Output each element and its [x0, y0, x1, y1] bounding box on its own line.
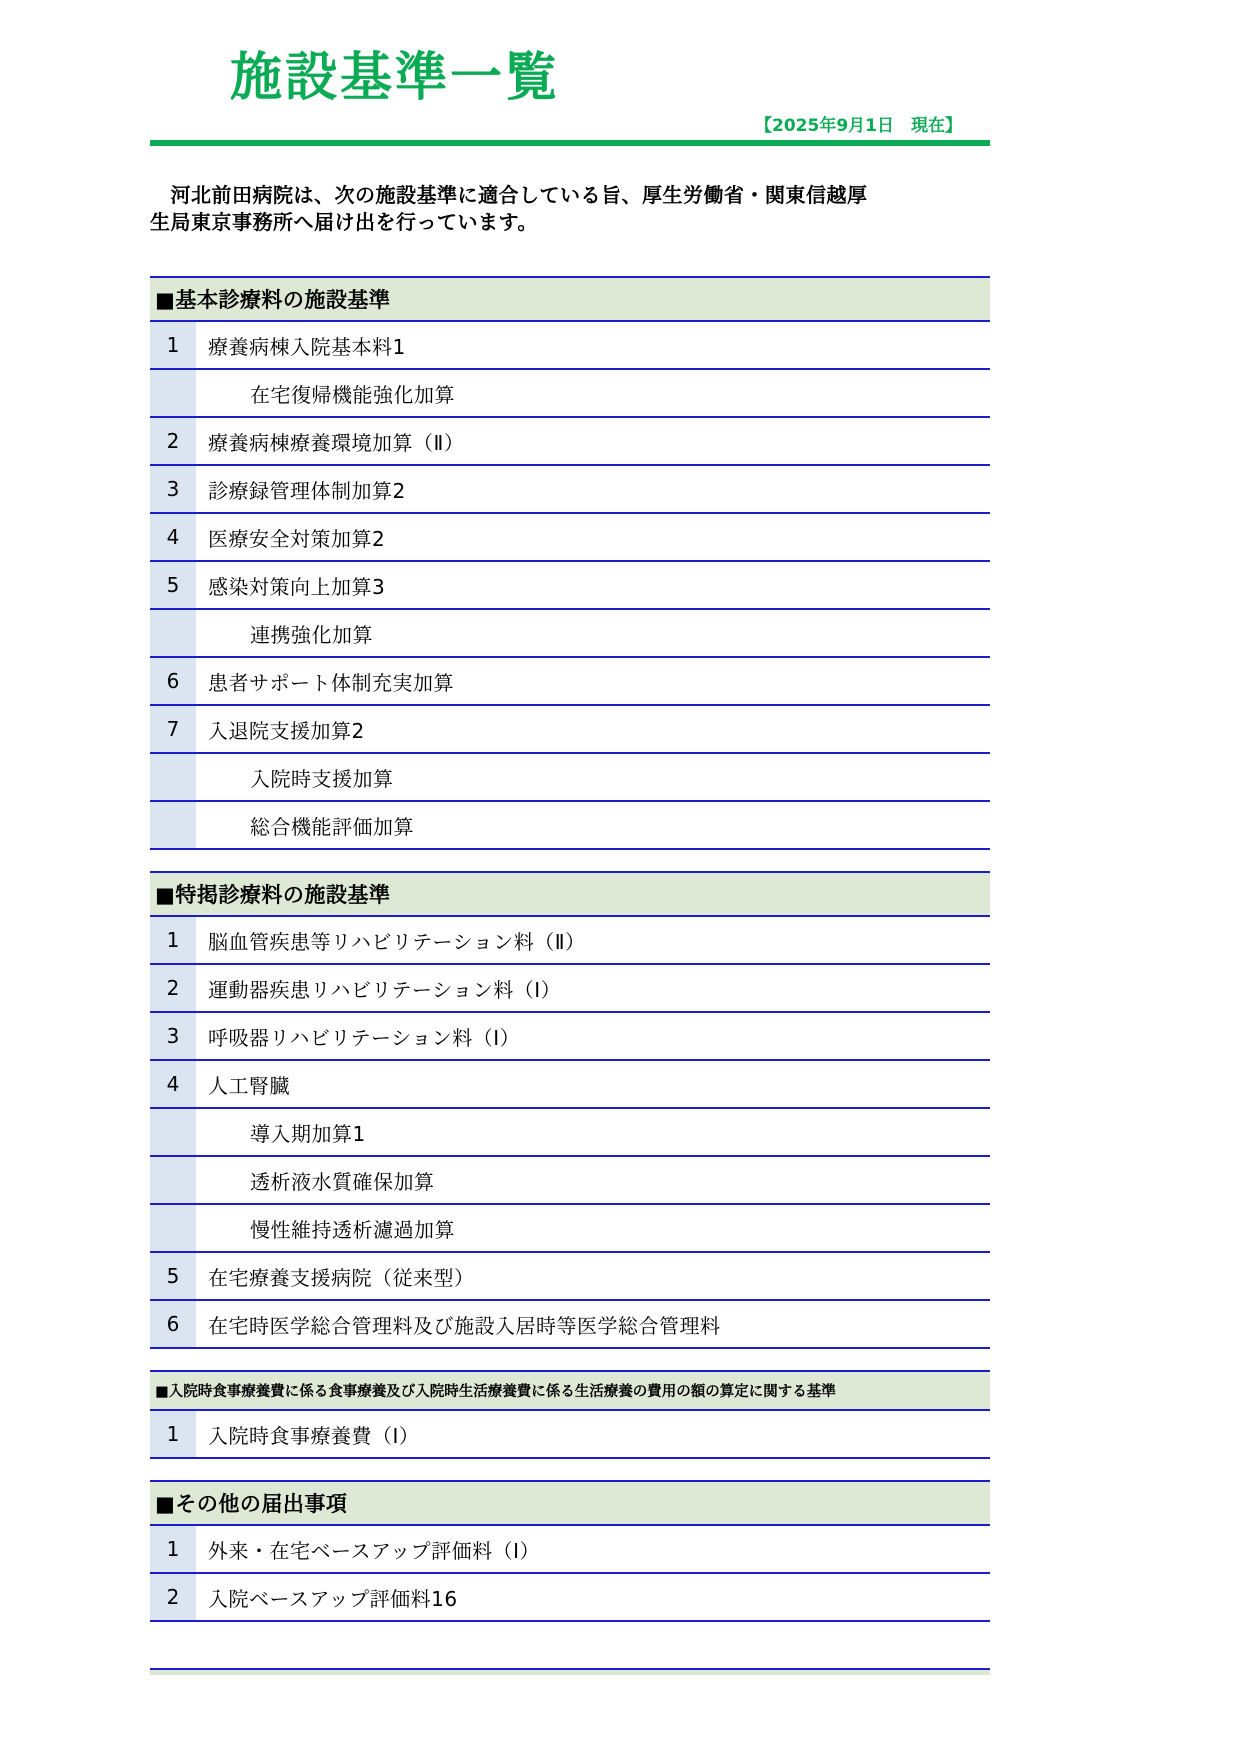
date-note: 【2025年9月1日 現在】 — [755, 111, 962, 136]
row-number-cell — [150, 1157, 196, 1203]
section-4: ■その他の届出事項1外来・在宅ベースアップ評価料（Ⅰ）2入院ベースアップ評価料1… — [150, 1480, 990, 1622]
row-number-cell: 2 — [150, 418, 196, 464]
row-label: 入退院支援加算2 — [196, 706, 990, 752]
row-label: 入院時支援加算 — [196, 754, 990, 800]
row-label: 医療安全対策加算2 — [196, 514, 990, 560]
table-row: 総合機能評価加算 — [150, 802, 990, 850]
table-row: 連携強化加算 — [150, 610, 990, 658]
row-label: 入院時食事療養費（Ⅰ） — [196, 1411, 990, 1457]
row-number-cell: 3 — [150, 466, 196, 512]
row-number-cell: 1 — [150, 1526, 196, 1572]
table-row: 導入期加算1 — [150, 1109, 990, 1157]
sections-container: ■基本診療料の施設基準1療養病棟入院基本料1在宅復帰機能強化加算2療養病棟療養環… — [150, 276, 990, 1622]
section-header: ■その他の届出事項 — [150, 1482, 990, 1526]
next-section-cropped-edge — [150, 1668, 990, 1675]
row-label: 療養病棟入院基本料1 — [196, 322, 990, 368]
row-number-cell — [150, 802, 196, 848]
row-number-cell — [150, 754, 196, 800]
row-number-cell — [150, 370, 196, 416]
table-row: 6在宅時医学総合管理料及び施設入居時等医学総合管理料 — [150, 1301, 990, 1349]
table-row: 4医療安全対策加算2 — [150, 514, 990, 562]
table-row: 透析液水質確保加算 — [150, 1157, 990, 1205]
table-row: 7入退院支援加算2 — [150, 706, 990, 754]
row-label: 感染対策向上加算3 — [196, 562, 990, 608]
row-number-cell: 4 — [150, 514, 196, 560]
row-number-cell: 6 — [150, 658, 196, 704]
table-row: 1外来・在宅ベースアップ評価料（Ⅰ） — [150, 1526, 990, 1574]
table-row: 6患者サポート体制充実加算 — [150, 658, 990, 706]
row-label: 入院ベースアップ評価料16 — [196, 1574, 990, 1620]
row-number-cell: 2 — [150, 1574, 196, 1620]
table-row: 在宅復帰機能強化加算 — [150, 370, 990, 418]
row-label: 呼吸器リハビリテーション料（Ⅰ） — [196, 1013, 990, 1059]
table-row: 2療養病棟療養環境加算（Ⅱ） — [150, 418, 990, 466]
section-header: ■基本診療料の施設基準 — [150, 278, 990, 322]
row-number-cell: 1 — [150, 322, 196, 368]
row-label: 慢性維持透析濾過加算 — [196, 1205, 990, 1251]
title-underline-rule — [150, 140, 990, 146]
row-number-cell — [150, 1109, 196, 1155]
table-row: 5在宅療養支援病院（従来型） — [150, 1253, 990, 1301]
document-page: 施設基準一覧 【2025年9月1日 現在】 河北前田病院は、次の施設基準に適合し… — [150, 0, 990, 1675]
row-label: 外来・在宅ベースアップ評価料（Ⅰ） — [196, 1526, 990, 1572]
row-label: 在宅復帰機能強化加算 — [196, 370, 990, 416]
table-row: 5感染対策向上加算3 — [150, 562, 990, 610]
table-row: 3呼吸器リハビリテーション料（Ⅰ） — [150, 1013, 990, 1061]
table-row: 2入院ベースアップ評価料16 — [150, 1574, 990, 1622]
table-row: 慢性維持透析濾過加算 — [150, 1205, 990, 1253]
row-label: 診療録管理体制加算2 — [196, 466, 990, 512]
row-label: 運動器疾患リハビリテーション料（Ⅰ） — [196, 965, 990, 1011]
row-number-cell: 3 — [150, 1013, 196, 1059]
table-row: 4人工腎臓 — [150, 1061, 990, 1109]
row-number-cell: 7 — [150, 706, 196, 752]
section-2: ■特掲診療料の施設基準1脳血管疾患等リハビリテーション料（Ⅱ）2運動器疾患リハビ… — [150, 871, 990, 1349]
row-number-cell: 1 — [150, 917, 196, 963]
row-label: 脳血管疾患等リハビリテーション料（Ⅱ） — [196, 917, 990, 963]
section-3: ■入院時食事療養費に係る食事療養及び入院時生活療養費に係る生活療養の費用の額の算… — [150, 1370, 990, 1459]
row-label: 総合機能評価加算 — [196, 802, 990, 848]
row-label: 透析液水質確保加算 — [196, 1157, 990, 1203]
table-row: 2運動器疾患リハビリテーション料（Ⅰ） — [150, 965, 990, 1013]
row-number-cell: 6 — [150, 1301, 196, 1347]
row-label: 在宅時医学総合管理料及び施設入居時等医学総合管理料 — [196, 1301, 990, 1347]
table-row: 入院時支援加算 — [150, 754, 990, 802]
row-number-cell: 2 — [150, 965, 196, 1011]
table-row: 1脳血管疾患等リハビリテーション料（Ⅱ） — [150, 917, 990, 965]
row-number-cell — [150, 610, 196, 656]
table-row: 1入院時食事療養費（Ⅰ） — [150, 1411, 990, 1459]
row-number-cell: 4 — [150, 1061, 196, 1107]
row-label: 連携強化加算 — [196, 610, 990, 656]
table-row: 3診療録管理体制加算2 — [150, 466, 990, 514]
row-label: 在宅療養支援病院（従来型） — [196, 1253, 990, 1299]
title-block: 施設基準一覧 【2025年9月1日 現在】 — [150, 0, 990, 140]
row-label: 患者サポート体制充実加算 — [196, 658, 990, 704]
row-number-cell: 5 — [150, 562, 196, 608]
row-label: 導入期加算1 — [196, 1109, 990, 1155]
page-title: 施設基準一覧 — [230, 52, 560, 104]
row-label: 療養病棟療養環境加算（Ⅱ） — [196, 418, 990, 464]
intro-paragraph: 河北前田病院は、次の施設基準に適合している旨、厚生労働省・関東信越厚 生局東京事… — [150, 182, 990, 236]
section-1: ■基本診療料の施設基準1療養病棟入院基本料1在宅復帰機能強化加算2療養病棟療養環… — [150, 276, 990, 850]
section-header: ■入院時食事療養費に係る食事療養及び入院時生活療養費に係る生活療養の費用の額の算… — [150, 1372, 990, 1411]
row-number-cell — [150, 1205, 196, 1251]
table-row: 1療養病棟入院基本料1 — [150, 322, 990, 370]
section-header: ■特掲診療料の施設基準 — [150, 873, 990, 917]
row-label: 人工腎臓 — [196, 1061, 990, 1107]
row-number-cell: 1 — [150, 1411, 196, 1457]
row-number-cell: 5 — [150, 1253, 196, 1299]
